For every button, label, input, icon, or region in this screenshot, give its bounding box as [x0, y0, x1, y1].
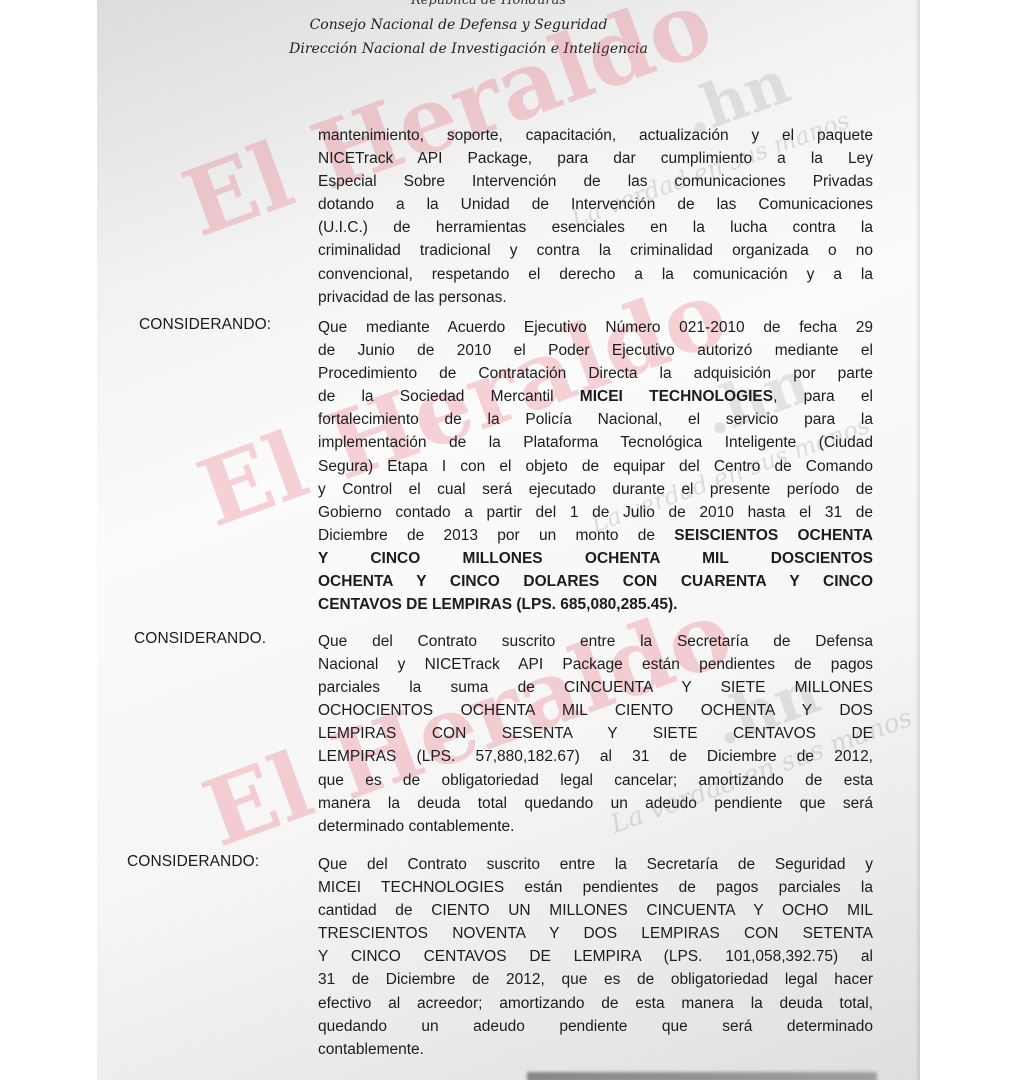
- text-line: contablemente.: [318, 1038, 873, 1061]
- text-line: Y CINCO CENTAVOS DE LEMPIRA (LPS. 101,05…: [318, 945, 873, 968]
- text-line: OCHOCIENTOS OCHENTA MIL CIENTO OCHENTA Y…: [318, 699, 873, 722]
- text-line: parciales la suma de CINCUENTA Y SIETE M…: [318, 676, 873, 699]
- text-line: OCHENTA Y CINCO DOLARES CON CUARENTA Y C…: [318, 570, 873, 593]
- paragraph-defensa-nicetrack: Que del Contrato suscrito entre la Secre…: [318, 630, 873, 838]
- text-line: implementación de la Plataforma Tecnológ…: [318, 431, 873, 454]
- paragraph-seguridad-micei: Que del Contrato suscrito entre la Secre…: [318, 853, 873, 1061]
- text-line: Segura) Etapa I con el objeto de equipar…: [318, 455, 873, 478]
- text-line: LEMPIRAS CON SESENTA Y SIETE CENTAVOS DE: [318, 722, 873, 745]
- text-line: Que mediante Acuerdo Ejecutivo Número 02…: [318, 316, 873, 339]
- text-line: Gobierno contado a partir del 1 de Julio…: [318, 501, 873, 524]
- text-line: mantenimiento, soporte, capacitación, ac…: [318, 124, 873, 147]
- letterhead-country: República de Honduras: [97, 0, 900, 8]
- text-line: quedando un adeudo pendiente que será de…: [318, 1015, 873, 1038]
- text-line: CENTAVOS DE LEMPIRAS (LPS. 685,080,285.4…: [318, 593, 873, 616]
- text-line: de Junio de 2010 el Poder Ejecutivo auto…: [318, 339, 873, 362]
- text-line: Que del Contrato suscrito entre la Secre…: [318, 853, 873, 876]
- text-line: 31 de Diciembre de 2012, que es de oblig…: [318, 968, 873, 991]
- text-line: determinado contablemente.: [318, 815, 873, 838]
- letterhead-directorate: Dirección Nacional de Investigación e In…: [97, 41, 880, 57]
- considerando-label: CONSIDERANDO:: [139, 316, 271, 334]
- considerando-label: CONSIDERANDO:: [127, 853, 259, 871]
- text-line: Que del Contrato suscrito entre la Secre…: [318, 630, 873, 653]
- text-line: TRESCIENTOS NOVENTA Y DOS LEMPIRAS CON S…: [318, 922, 873, 945]
- cutoff-line: [527, 1072, 877, 1080]
- text-line: efectivo al acreedor; amortizando de est…: [318, 992, 873, 1015]
- text-line: fortalecimiento de la Policía Nacional, …: [318, 408, 873, 431]
- paragraph-acuerdo-ejecutivo: Que mediante Acuerdo Ejecutivo Número 02…: [318, 316, 873, 616]
- text-line: Especial Sobre Intervención de las comun…: [318, 170, 873, 193]
- text-line: LEMPIRAS (LPS. 57,880,182.67) al 31 de D…: [318, 745, 873, 768]
- text-line: manera la deuda total quedando un adeudo…: [318, 792, 873, 815]
- text-line: Procedimiento de Contratación Directa la…: [318, 362, 873, 385]
- text-line: de la Sociedad Mercantil MICEI TECHNOLOG…: [318, 385, 873, 408]
- text-line: criminalidad tradicional y contra la cri…: [318, 239, 873, 262]
- text-line: Diciembre de 2013 por un monto de SEISCI…: [318, 524, 873, 547]
- considerando-label: CONSIDERANDO.: [134, 630, 266, 648]
- text-line: dotando a la Unidad de Intervención de l…: [318, 193, 873, 216]
- text-line: cantidad de CIENTO UN MILLONES CINCUENTA…: [318, 899, 873, 922]
- text-line: que es de obligatoriedad legal cancelar;…: [318, 769, 873, 792]
- text-line: privacidad de las personas.: [318, 286, 873, 309]
- text-line: NICETrack API Package, para dar cumplimi…: [318, 147, 873, 170]
- paragraph-continuation: mantenimiento, soporte, capacitación, ac…: [318, 124, 873, 309]
- text-line: y Control el cual será ejecutado durante…: [318, 478, 873, 501]
- document-page: República de Honduras Consejo Nacional d…: [97, 0, 920, 1080]
- text-line: (U.I.C.) de herramientas esenciales en l…: [318, 216, 873, 239]
- text-line: convencional, respetando el derecho a la…: [318, 263, 873, 286]
- text-line: MICEI TECHNOLOGIES están pendientes de p…: [318, 876, 873, 899]
- text-line: Nacional y NICETrack API Package están p…: [318, 653, 873, 676]
- text-line: Y CINCO MILLONES OCHENTA MIL DOSCIENTOS: [318, 547, 873, 570]
- letterhead-council: Consejo Nacional de Defensa y Seguridad: [97, 17, 870, 33]
